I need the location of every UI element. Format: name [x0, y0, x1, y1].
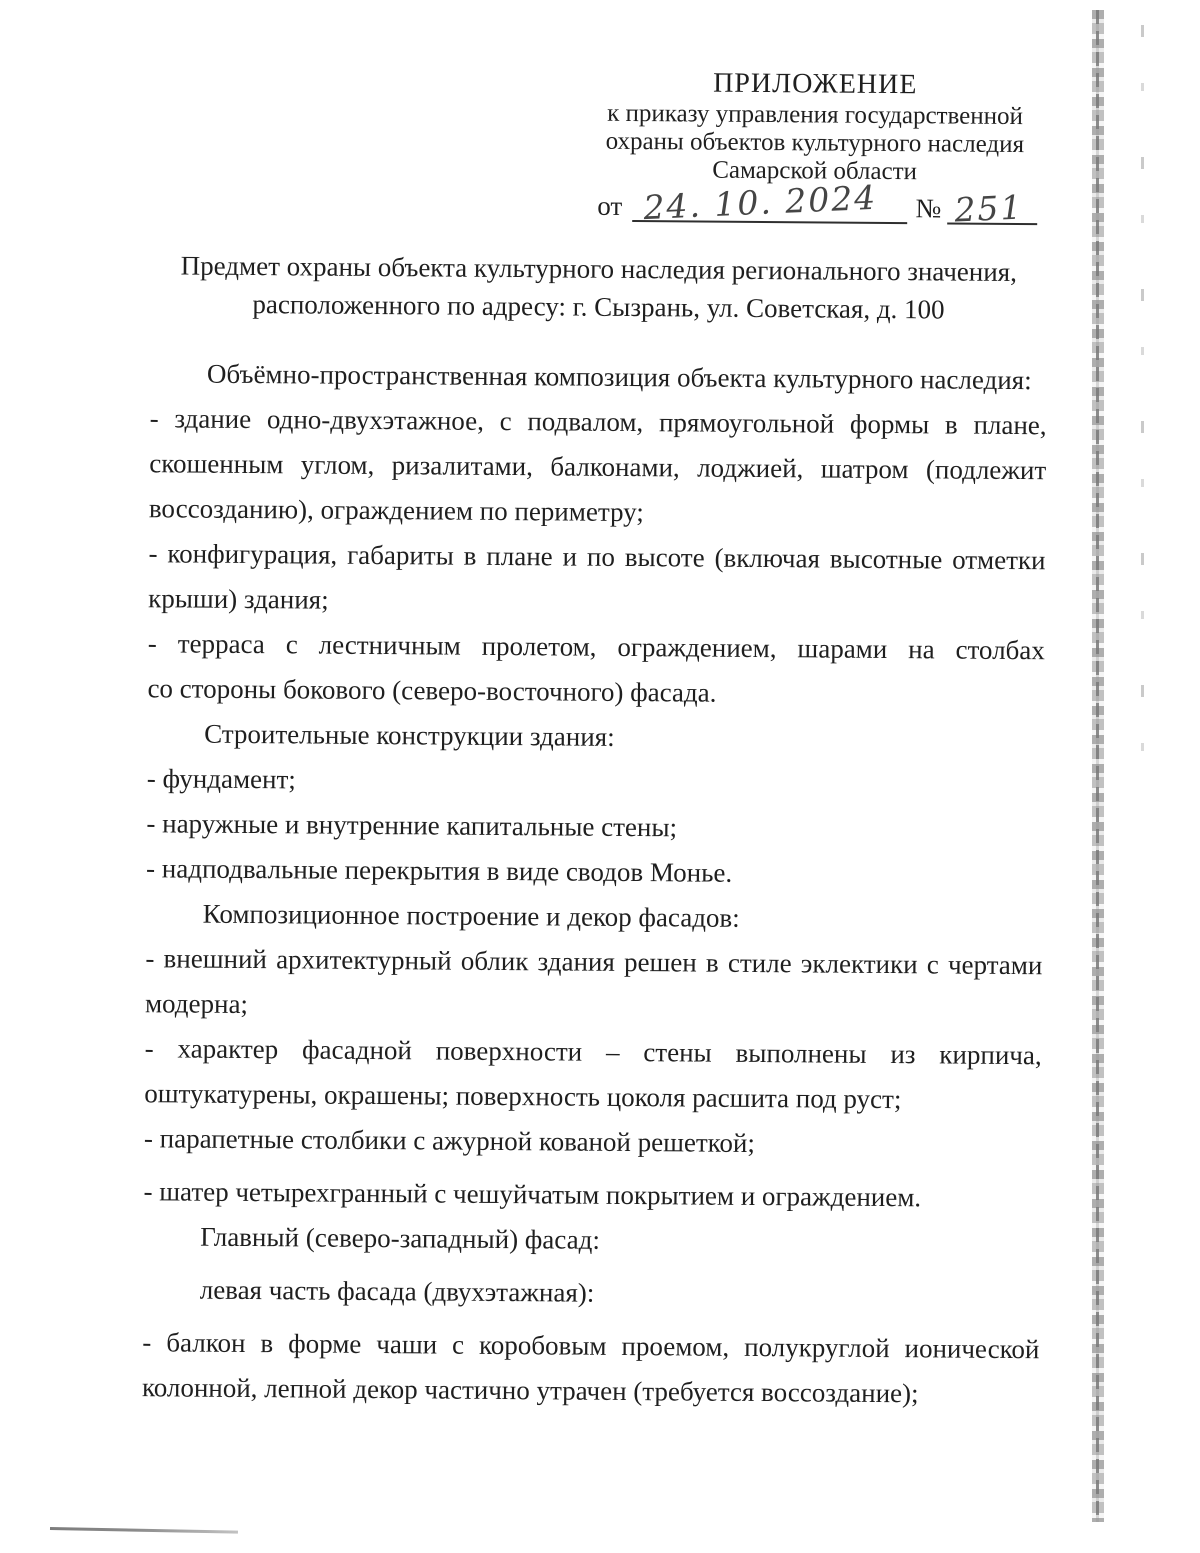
number-underline: 251 — [947, 188, 1037, 225]
text-line: - конфигурация, габариты в плане и по вы… — [148, 531, 1045, 583]
text-line: Композиционное построение и декор фасадо… — [146, 891, 1043, 943]
paragraph-heading: Объёмно-пространственная композиция объе… — [150, 351, 1047, 403]
paragraph-bullet: - шатер четырехгранный с чешуйчатым покр… — [143, 1169, 1040, 1221]
text-line: - балкон в форме чаши с коробовым проемо… — [142, 1320, 1039, 1372]
handwritten-date: 24. 10. 2024 — [643, 182, 878, 224]
text-line: - шатер четырехгранный с чешуйчатым покр… — [143, 1169, 1040, 1221]
text-line: - фундамент; — [147, 756, 1044, 808]
scanner-edge-band-artifact — [1092, 10, 1104, 1522]
text-line: оштукатурены, окрашены; поверхность цоко… — [144, 1071, 1041, 1123]
document-header: ПРИЛОЖЕНИЕ к приказу управления государс… — [591, 68, 1038, 225]
paragraph-heading: Главный (северо-западный) фасад: — [143, 1214, 1040, 1266]
scanned-document-page: ПРИЛОЖЕНИЕ к приказу управления государс… — [0, 0, 1200, 1553]
text-line: со стороны бокового (северо-восточного) … — [147, 666, 1044, 718]
date-prefix: от — [597, 190, 622, 222]
text-line: - парапетные столбики с ажурной кованой … — [144, 1116, 1041, 1168]
paragraph-bullet: - внешний архитектурный облик здания реш… — [145, 936, 1043, 1033]
text-line: модерна; — [145, 981, 1042, 1033]
paragraph-bullet: - парапетные столбики с ажурной кованой … — [144, 1116, 1041, 1168]
text-line: - характер фасадной поверхности – стены … — [145, 1026, 1042, 1078]
paragraph-bullet: - конфигурация, габариты в плане и по вы… — [148, 531, 1046, 628]
text-line: Объёмно-пространственная композиция объе… — [150, 351, 1047, 403]
text-line: к приказу управления государственной — [592, 100, 1038, 132]
text-line: - здание одно-двухэтажное, с подвалом, п… — [149, 396, 1046, 448]
text-line: крыши) здания; — [148, 576, 1045, 628]
appendix-label: ПРИЛОЖЕНИЕ — [592, 68, 1038, 102]
document-title: Предмет охраны объекта культурного насле… — [148, 246, 1049, 329]
title-line-2: расположенного по адресу: г. Сызрань, ул… — [148, 284, 1048, 329]
handwritten-number: 251 — [954, 191, 1024, 226]
paragraph-heading: Композиционное построение и декор фасадо… — [146, 891, 1043, 943]
order-reference-lines: к приказу управления государственнойохра… — [591, 100, 1038, 188]
date-underline: 24. 10. 2024 — [632, 186, 908, 224]
text-line: - внешний архитектурный облик здания реш… — [145, 936, 1042, 988]
paragraph-bullet: - терраса с лестничным пролетом, огражде… — [147, 621, 1045, 718]
document-body: Объёмно-пространственная композиция объе… — [142, 351, 1047, 1417]
paragraph-heading: левая часть фасада (двухэтажная): — [143, 1267, 1040, 1319]
text-line: скошенным углом, ризалитами, балконами, … — [149, 441, 1046, 493]
paragraph-heading: Строительные конструкции здания: — [147, 711, 1044, 763]
text-line: - терраса с лестничным пролетом, огражде… — [148, 621, 1045, 673]
text-line: колонной, лепной декор частично утрачен … — [142, 1365, 1039, 1417]
number-sign: № — [915, 192, 941, 224]
text-line: Строительные конструкции здания: — [147, 711, 1044, 763]
paragraph-bullet: - фундамент; — [147, 756, 1044, 808]
paragraph-bullet: - надподвальные перекрытия в виде сводов… — [146, 846, 1043, 898]
paragraph-bullet: - характер фасадной поверхности – стены … — [144, 1026, 1042, 1123]
paragraph-bullet: - здание одно-двухэтажное, с подвалом, п… — [149, 396, 1047, 538]
text-line: левая часть фасада (двухэтажная): — [143, 1267, 1040, 1319]
text-line: воссозданию), ограждением по периметру; — [149, 486, 1046, 538]
text-line: Главный (северо-западный) фасад: — [143, 1214, 1040, 1266]
paragraph-bullet: - наружные и внутренние капитальные стен… — [146, 801, 1043, 853]
document-content: ПРИЛОЖЕНИЕ к приказу управления государс… — [0, 0, 1200, 1553]
paragraph-bullet: - балкон в форме чаши с коробовым проемо… — [142, 1320, 1040, 1417]
order-date-number-row: от 24. 10. 2024 № 251 — [591, 186, 1037, 226]
scanner-dash-artifact — [1141, 25, 1144, 755]
text-line: - наружные и внутренние капитальные стен… — [146, 801, 1043, 853]
text-line: охраны объектов культурного наследия — [592, 128, 1038, 160]
text-line: - надподвальные перекрытия в виде сводов… — [146, 846, 1043, 898]
